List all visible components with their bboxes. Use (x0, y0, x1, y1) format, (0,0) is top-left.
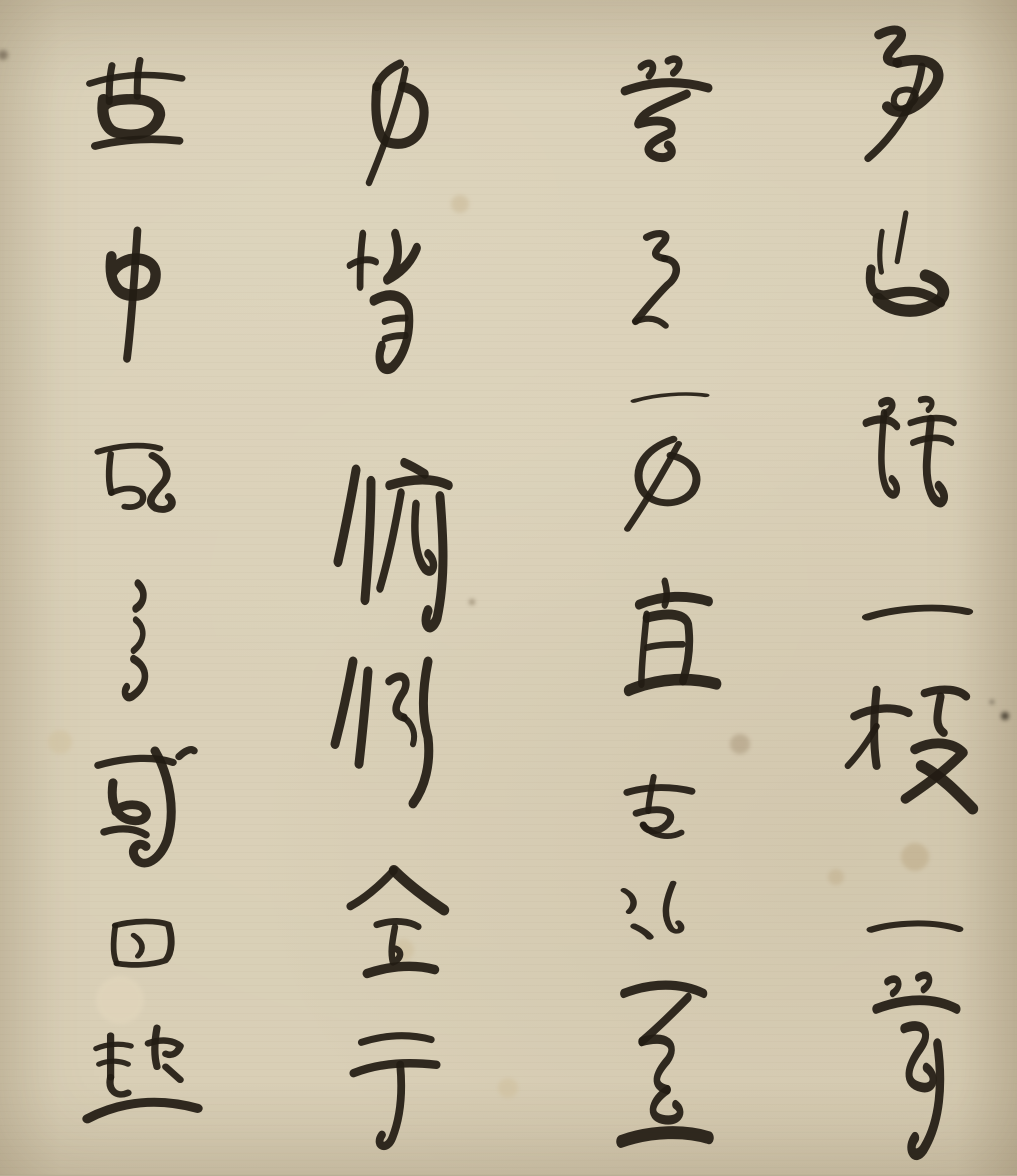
calligraphy-character: 俯 (320, 455, 470, 645)
paper-stain (469, 599, 475, 605)
calligraphy-character: 無 (595, 55, 730, 205)
character-reading: 一 (626, 422, 627, 423)
character-reading: 梢 (845, 555, 846, 556)
paper-stain (990, 700, 994, 704)
calligraphy-character: 取 (74, 434, 206, 551)
calligraphy-character: 節 (845, 970, 985, 1165)
character-reading: 仰 (320, 810, 321, 811)
character-reading: 直 (605, 740, 606, 741)
calligraphy-character: 曲 (70, 55, 210, 185)
paper-stain (0, 50, 8, 60)
calligraphy-character: 全 (329, 864, 461, 1001)
calligraphy-character: 一 (624, 373, 716, 421)
paper-stain (392, 939, 414, 961)
calligraphy-character: 仰 (320, 645, 470, 810)
character-reading: 一 (856, 651, 857, 652)
character-reading: 取 (76, 551, 77, 552)
calligraphy-character: 于 (330, 1020, 460, 1160)
paper-stain (96, 976, 144, 1024)
character-reading: 以 (590, 955, 591, 956)
character-reading: 全 (331, 1001, 332, 1002)
character-reading: 背 (325, 395, 326, 396)
character-reading: 枝 (835, 845, 836, 846)
calligraphy-character: 之 (85, 575, 195, 715)
character-reading: 中 (75, 370, 76, 371)
calligraphy-character: 至 (600, 975, 730, 1160)
character-reading: 去 (599, 884, 600, 885)
character-reading: 至 (600, 1160, 601, 1161)
character-reading: 之 (85, 715, 86, 716)
paper-stain (48, 730, 72, 754)
calligraphy-character: 梢 (845, 390, 975, 555)
calligraphy-character: 向 (595, 430, 730, 545)
calligraphy-character: 背 (325, 220, 460, 395)
paper-stain (1001, 712, 1009, 720)
character-reading: 每 (833, 178, 834, 179)
character-reading: 向 (330, 200, 331, 201)
calligraphy-sheet: 每出梢一枝一節無使一向直去以至向背俯仰全于曲中取之或因點 (0, 0, 1017, 1175)
character-reading: 或 (65, 890, 66, 891)
character-reading: 于 (330, 1160, 331, 1161)
paper-stain (498, 1078, 518, 1098)
character-reading: 因 (84, 999, 85, 1000)
calligraphy-character: 出 (844, 204, 976, 341)
character-reading: 節 (845, 1165, 846, 1166)
character-reading: 向 (595, 545, 596, 546)
paper-stain (730, 734, 750, 754)
calligraphy-character: 直 (605, 575, 735, 740)
character-reading: 俯 (320, 645, 321, 646)
calligraphy-character: 一 (859, 888, 972, 967)
calligraphy-character: 向 (330, 55, 460, 200)
calligraphy-character: 去 (599, 769, 721, 886)
calligraphy-character: 每 (827, 22, 982, 177)
calligraphy-character: 枝 (835, 680, 995, 845)
character-reading: 出 (844, 339, 845, 340)
character-reading: 一 (859, 963, 860, 964)
calligraphy-character: 一 (854, 574, 980, 651)
paper-stain (451, 195, 469, 213)
character-reading: 使 (601, 346, 602, 347)
character-reading: 曲 (70, 185, 71, 186)
calligraphy-character: 點 (70, 1020, 215, 1150)
paper-stain (828, 869, 844, 885)
character-reading: 點 (70, 1150, 71, 1151)
character-reading: 無 (595, 205, 596, 206)
calligraphy-character: 以 (590, 865, 720, 955)
artwork: 每出梢一枝一節無使一向直去以至向背俯仰全于曲中取之或因點 每出梢一枝一節 無使一… (0, 0, 1017, 1175)
paper-stain (901, 843, 929, 871)
calligraphy-character: 或 (65, 745, 215, 890)
calligraphy-character: 使 (599, 224, 726, 346)
calligraphy-character: 中 (75, 225, 205, 370)
